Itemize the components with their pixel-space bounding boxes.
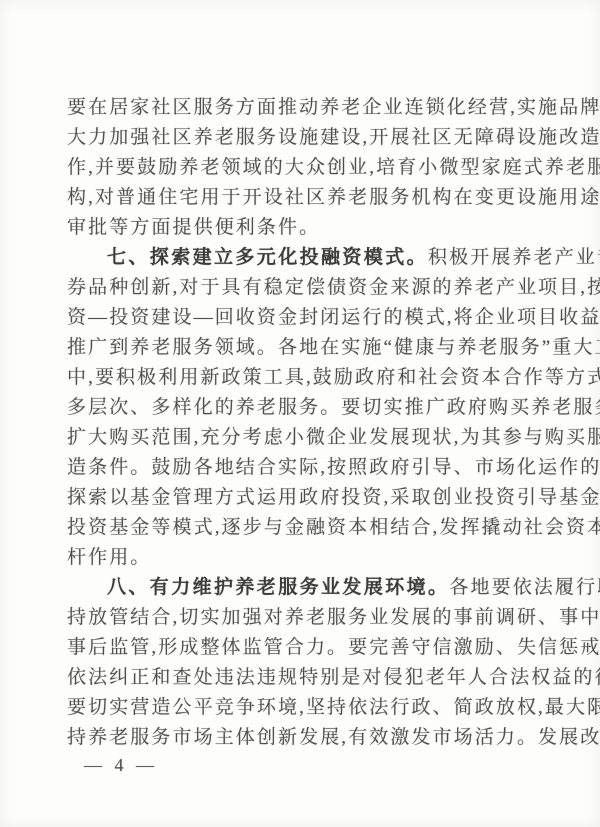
text-line: 八、有力维护养老服务业发展环境。各地要依法履行职责,坚 [67, 573, 543, 603]
text-line: 多层次、多样化的养老服务。要切实推广政府购买养老服务,逐步 [67, 393, 543, 423]
text-line: 持放管结合,切实加强对养老服务业发展的事前调研、事中督查和 [67, 603, 543, 633]
text-line: 扩大购买范围,充分考虑小微企业发展现状,为其参与购买服务创 [67, 423, 543, 453]
text-line: 大力加强社区养老服务设施建设,开展社区无障碍设施改造等工 [67, 123, 543, 153]
text-line: 造条件。鼓励各地结合实际,按照政府引导、市场化运作的原则, [67, 453, 543, 483]
text-line: 杆作用。 [67, 543, 543, 573]
document-page: 要在居家社区服务方面推动养老企业连锁化经营,实施品牌战略,大力加强社区养老服务设… [0, 0, 600, 827]
text-line: 构,对普通住宅用于开设社区养老服务机构在变更设施用途、消防 [67, 183, 543, 213]
text-line: 作,并要鼓励养老领域的大众创业,培育小微型家庭式养老服务机 [67, 153, 543, 183]
text-line: 资—投资建设—回收资金封闭运行的模式,将企业项目收益债券 [67, 303, 543, 333]
text-line: 持养老服务市场主体创新发展,有效激发市场活力。发展改革部 [67, 723, 543, 753]
text-line: 要在居家社区服务方面推动养老企业连锁化经营,实施品牌战略, [67, 93, 543, 123]
text-line: 依法纠正和查处违法违规特别是对侵犯老年人合法权益的行为。 [67, 663, 543, 693]
text-line: 七、探索建立多元化投融资模式。积极开展养老产业专项债 [67, 243, 543, 273]
text-line: 探索以基金管理方式运用政府投资,采取创业投资引导基金、产业 [67, 483, 543, 513]
page-number: — 4 — [84, 755, 158, 776]
section-heading: 七、探索建立多元化投融资模式。 [107, 247, 428, 268]
text-line: 事后监管,形成整体监管合力。要完善守信激励、失信惩戒机制, [67, 633, 543, 663]
text-line: 中,要积极利用新政策工具,鼓励政府和社会资本合作等方式发展 [67, 363, 543, 393]
text-line: 审批等方面提供便利条件。 [67, 213, 543, 243]
text-line: 券品种创新,对于具有稳定偿债资金来源的养老产业项目,按照融 [67, 273, 543, 303]
text-line: 推广到养老服务领域。各地在实施“健康与养老服务”重大工程 [67, 333, 543, 363]
section-heading: 八、有力维护养老服务业发展环境。 [107, 577, 449, 598]
text-line: 要切实营造公平竞争环境,坚持依法行政、简政放权,最大限度支 [67, 693, 543, 723]
document-body: 要在居家社区服务方面推动养老企业连锁化经营,实施品牌战略,大力加强社区养老服务设… [67, 93, 543, 753]
text-line: 投资基金等模式,逐步与金融资本相结合,发挥撬动社会资本的杠 [67, 513, 543, 543]
